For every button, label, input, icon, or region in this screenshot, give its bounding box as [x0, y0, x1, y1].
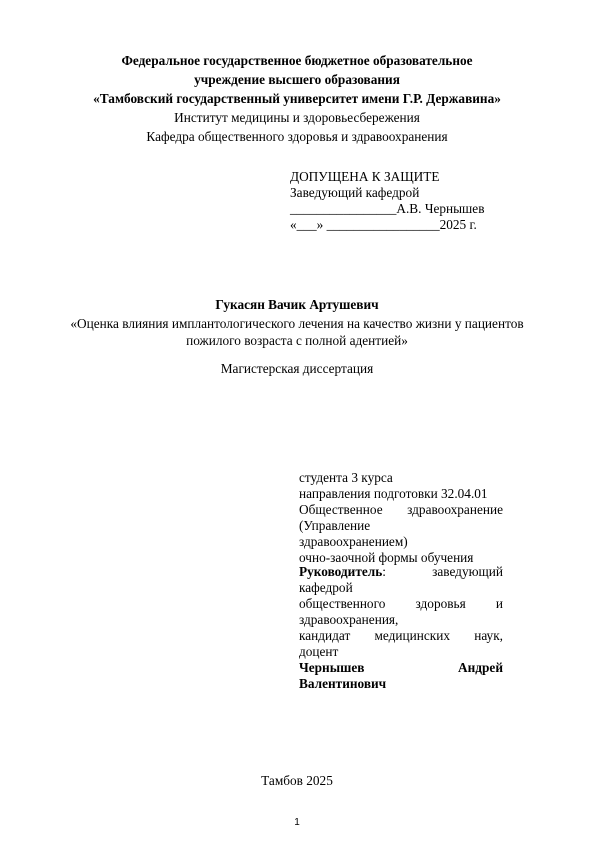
thesis-author: Гукасян Вачик Артушевич — [0, 297, 594, 313]
thesis-type: Магистерская диссертация — [0, 361, 594, 377]
approval-signature-line: ________________А.В. Чернышев — [290, 201, 484, 217]
student-info-block: студента 3 курса направления подготовки … — [299, 470, 503, 566]
student-program-line1: Общественное здравоохранение (Управление — [299, 502, 503, 534]
header-organization-line1: Федеральное государственное бюджетное об… — [0, 53, 594, 69]
header-department: Кафедра общественного здоровья и здравоо… — [0, 129, 594, 145]
supervisor-block: Руководитель: заведующий кафедрой общест… — [299, 564, 503, 692]
thesis-title-line2: пожилого возраста с полной адентией» — [0, 333, 594, 349]
approval-block: ДОПУЩЕНА К ЗАЩИТЕ Заведующий кафедрой __… — [290, 169, 484, 233]
student-program-line2: здравоохранением) — [299, 534, 503, 550]
header-organization-line2: учреждение высшего образования — [0, 72, 594, 88]
approval-date-line: «___» _________________2025 г. — [290, 217, 484, 233]
approval-position: Заведующий кафедрой — [290, 185, 484, 201]
header-university-name: «Тамбовский государственный университет … — [0, 91, 594, 107]
supervisor-position-line2: общественного здоровья и здравоохранения… — [299, 596, 503, 628]
approval-title: ДОПУЩЕНА К ЗАЩИТЕ — [290, 169, 484, 185]
supervisor-label-colon: : — [382, 564, 386, 579]
supervisor-label: Руководитель — [299, 564, 382, 579]
student-direction: направления подготовки 32.04.01 — [299, 486, 503, 502]
supervisor-degree: кандидат медицинских наук, доцент — [299, 628, 503, 660]
student-course: студента 3 курса — [299, 470, 503, 486]
page-number: 1 — [0, 817, 594, 828]
header-institute: Институт медицины и здоровьесбережения — [0, 110, 594, 126]
footer-city-year: Тамбов 2025 — [0, 773, 594, 789]
supervisor-line1: Руководитель: заведующий кафедрой — [299, 564, 503, 596]
thesis-title-line1: «Оценка влияния имплантологического лече… — [0, 316, 594, 332]
supervisor-name: Чернышев Андрей Валентинович — [299, 660, 503, 692]
document-page: Федеральное государственное бюджетное об… — [0, 0, 594, 841]
